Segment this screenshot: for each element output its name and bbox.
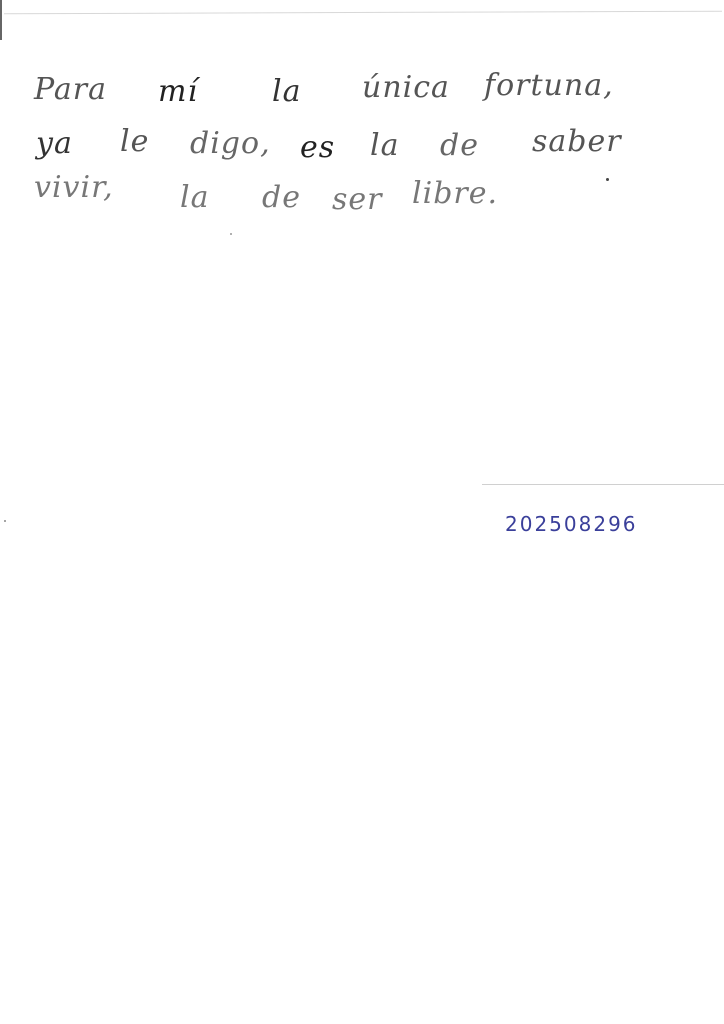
- divider-line: [482, 484, 724, 485]
- word: única: [362, 70, 450, 105]
- word: ser: [332, 182, 383, 217]
- scan-edge: [0, 0, 2, 40]
- word: fortuna,: [484, 68, 614, 103]
- word: la: [272, 74, 301, 109]
- word: la: [370, 128, 399, 163]
- word: mí: [158, 74, 198, 109]
- ink-speck: [230, 233, 232, 235]
- word: libre.: [412, 176, 498, 211]
- word: saber: [532, 124, 622, 159]
- word: de: [440, 128, 479, 163]
- top-rule-line: [4, 11, 722, 15]
- ink-speck: [4, 520, 6, 522]
- ink-speck: [606, 178, 609, 181]
- word: Para: [34, 72, 107, 107]
- word: ya: [36, 126, 73, 161]
- word: es: [300, 130, 335, 165]
- word: la: [180, 180, 209, 215]
- word: vivir,: [34, 170, 114, 205]
- word: digo,: [190, 126, 271, 161]
- id-number: 202508296: [505, 512, 638, 536]
- word: le: [120, 124, 149, 159]
- word: de: [262, 180, 301, 215]
